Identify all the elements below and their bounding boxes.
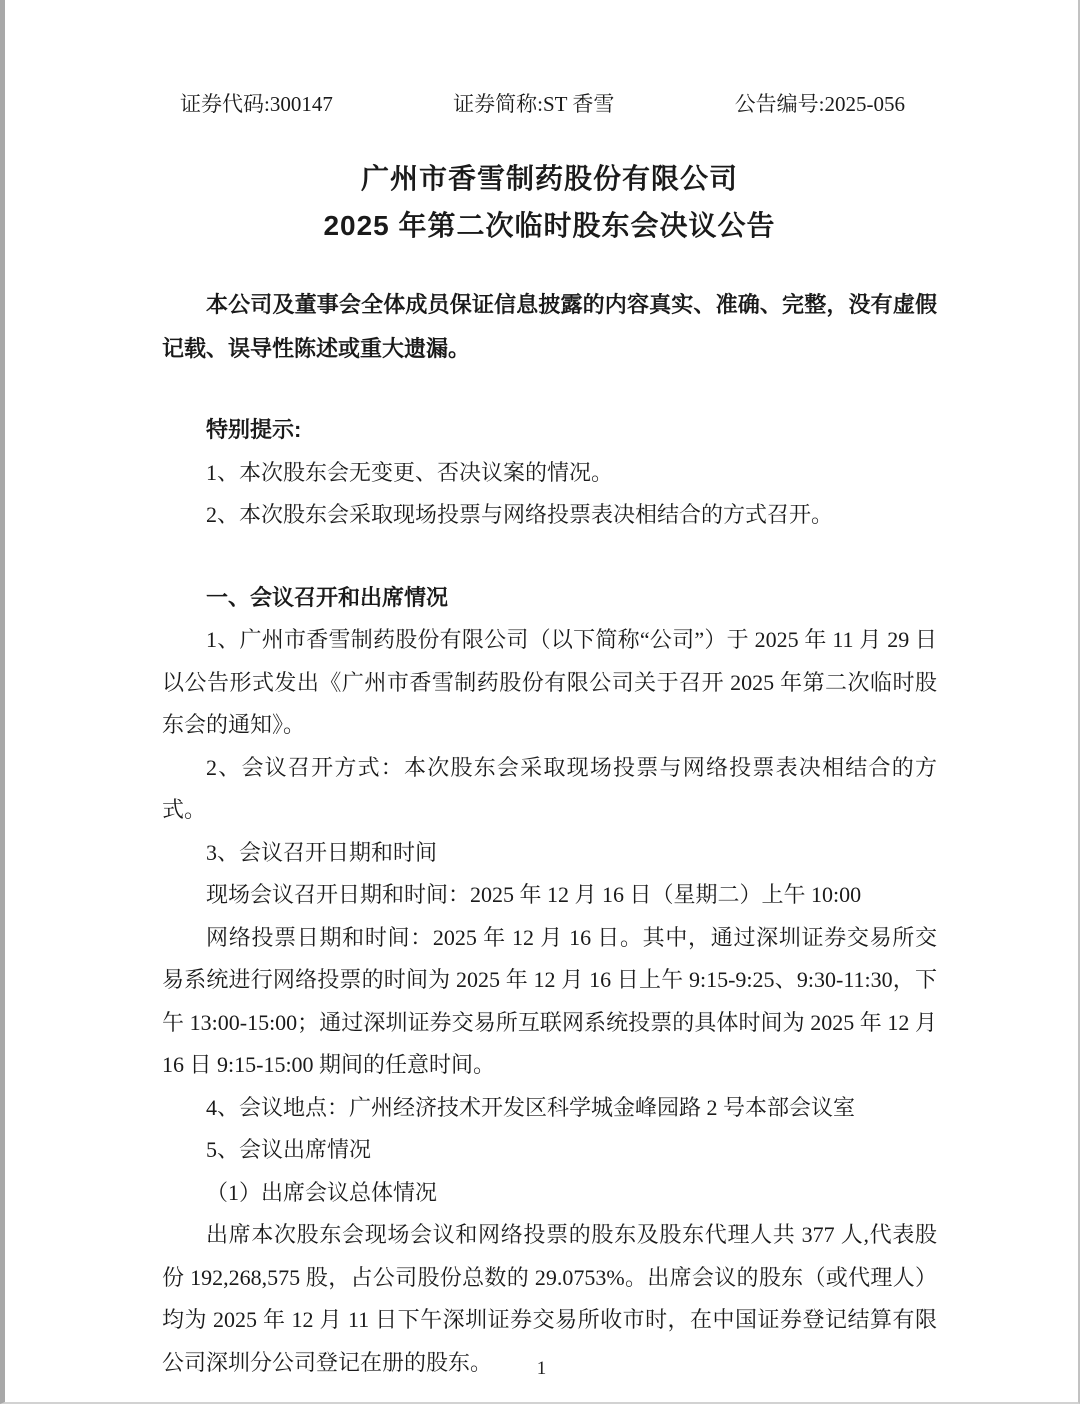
paragraph-online-voting-time: 网络投票日期和时间：2025 年 12 月 16 日。其中，通过深圳证券交易所交… <box>162 917 937 1087</box>
document-title-block: 广州市香雪制药股份有限公司 2025 年第二次临时股东会决议公告 <box>162 155 937 249</box>
special-notice-block: 特别提示: 1、本次股东会无变更、否决议案的情况。 2、本次股东会采取现场投票与… <box>162 409 937 537</box>
paragraph-attendance-overview-heading: （1）出席会议总体情况 <box>162 1172 937 1215</box>
document-meta-row: 证券代码:300147 证券简称:ST 香雪 公告编号:2025-056 <box>162 90 937 119</box>
company-name-title: 广州市香雪制药股份有限公司 <box>162 155 937 202</box>
announcement-number-label: 公告编号:2025-056 <box>735 90 905 119</box>
paragraph-meeting-datetime-heading: 3、会议召开日期和时间 <box>162 832 937 875</box>
paragraph-meeting-method: 2、会议召开方式：本次股东会采取现场投票与网络投票表决相结合的方式。 <box>162 747 937 832</box>
document-content: 证券代码:300147 证券简称:ST 香雪 公告编号:2025-056 广州市… <box>5 0 1078 1384</box>
board-declaration-paragraph: 本公司及董事会全体成员保证信息披露的内容真实、准确、完整，没有虚假记载、误导性陈… <box>162 283 937 371</box>
announcement-title: 2025 年第二次临时股东会决议公告 <box>162 202 937 249</box>
document-page: 证券代码:300147 证券简称:ST 香雪 公告编号:2025-056 广州市… <box>0 0 1080 1404</box>
special-notice-heading: 特别提示: <box>162 409 937 452</box>
special-notice-item-1: 1、本次股东会无变更、否决议案的情况。 <box>162 452 937 495</box>
page-number: 1 <box>5 1358 1078 1380</box>
stock-abbr-label: 证券简称:ST 香雪 <box>453 90 614 119</box>
special-notice-item-2: 2、本次股东会采取现场投票与网络投票表决相结合的方式召开。 <box>162 494 937 537</box>
section-1-heading: 一、会议召开和出席情况 <box>162 577 937 620</box>
paragraph-attendance-heading: 5、会议出席情况 <box>162 1129 937 1172</box>
paragraph-meeting-location: 4、会议地点：广州经济技术开发区科学城金峰园路 2 号本部会议室 <box>162 1087 937 1130</box>
stock-code-label: 证券代码:300147 <box>180 90 333 119</box>
paragraph-onsite-meeting-time: 现场会议召开日期和时间：2025 年 12 月 16 日（星期二）上午 10:0… <box>162 874 937 917</box>
paragraph-meeting-notice: 1、广州市香雪制药股份有限公司（以下简称“公司”）于 2025 年 11 月 2… <box>162 619 937 747</box>
